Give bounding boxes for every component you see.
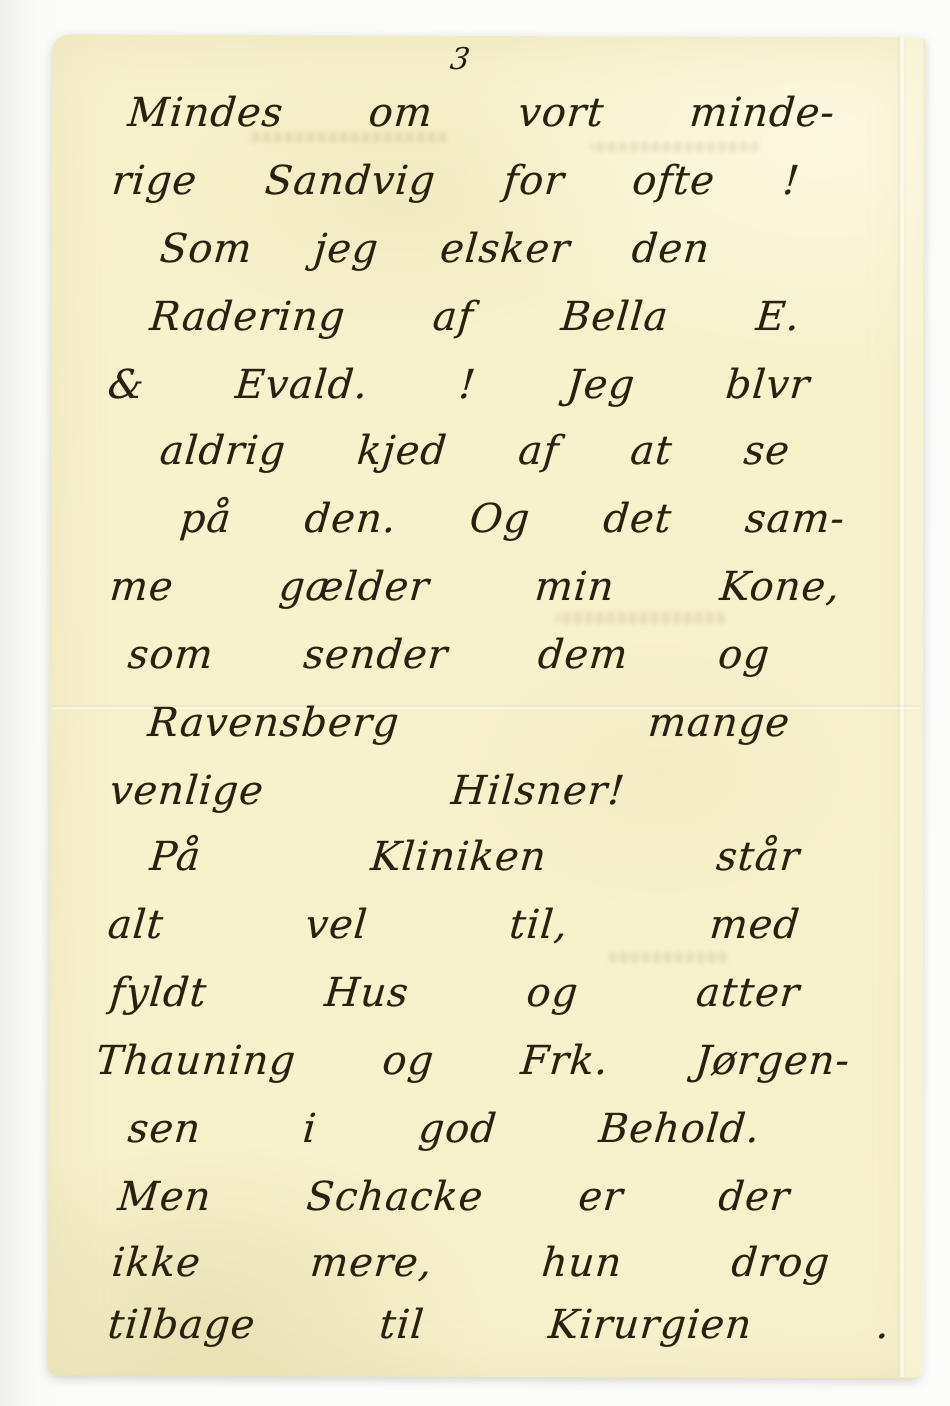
handwriting-line: Thauning og Frk. Jørgen- [94, 1040, 852, 1083]
handwriting-line: som sender dem og [126, 634, 772, 677]
handwriting-line: fyldt Hus og atter [108, 972, 802, 1015]
handwriting-line: rige Sandvig for ofte ! [110, 160, 802, 203]
handwriting-line: Radering af Bella E. [148, 296, 802, 339]
handwriting-line: Som jeg elsker den [158, 228, 712, 271]
handwriting-line: venlige Hilsner! [108, 770, 627, 813]
handwriting-line: alt vel til, med [106, 904, 802, 947]
ink-showthrough [608, 952, 728, 963]
page-number: 3 [434, 42, 487, 77]
handwriting-line: tilbage til Kirurgien . [106, 1304, 892, 1347]
letter-scan: 3 Mindes om vort minde- rige Sandvig for… [0, 0, 950, 1406]
handwriting-line: Mindes om vort minde- [126, 92, 837, 135]
handwriting-line: sen i god Behold. [126, 1108, 762, 1151]
handwriting-line: me gælder min Kone, [108, 566, 842, 609]
handwriting-line: Men Schacke er der [116, 1176, 792, 1219]
handwriting-line: på den. Og det sam- [178, 498, 847, 541]
handwriting-line: Ravensberg mange [146, 702, 792, 745]
handwriting-line: & Evald. ! Jeg blvr [106, 364, 812, 407]
handwriting-line: aldrig kjed af at se [158, 430, 792, 473]
handwriting-line: ikke mere, hun drog [110, 1242, 832, 1285]
ink-showthrough [590, 142, 760, 152]
handwriting-line: På Kliniken står [148, 836, 802, 879]
ink-showthrough [556, 612, 726, 624]
